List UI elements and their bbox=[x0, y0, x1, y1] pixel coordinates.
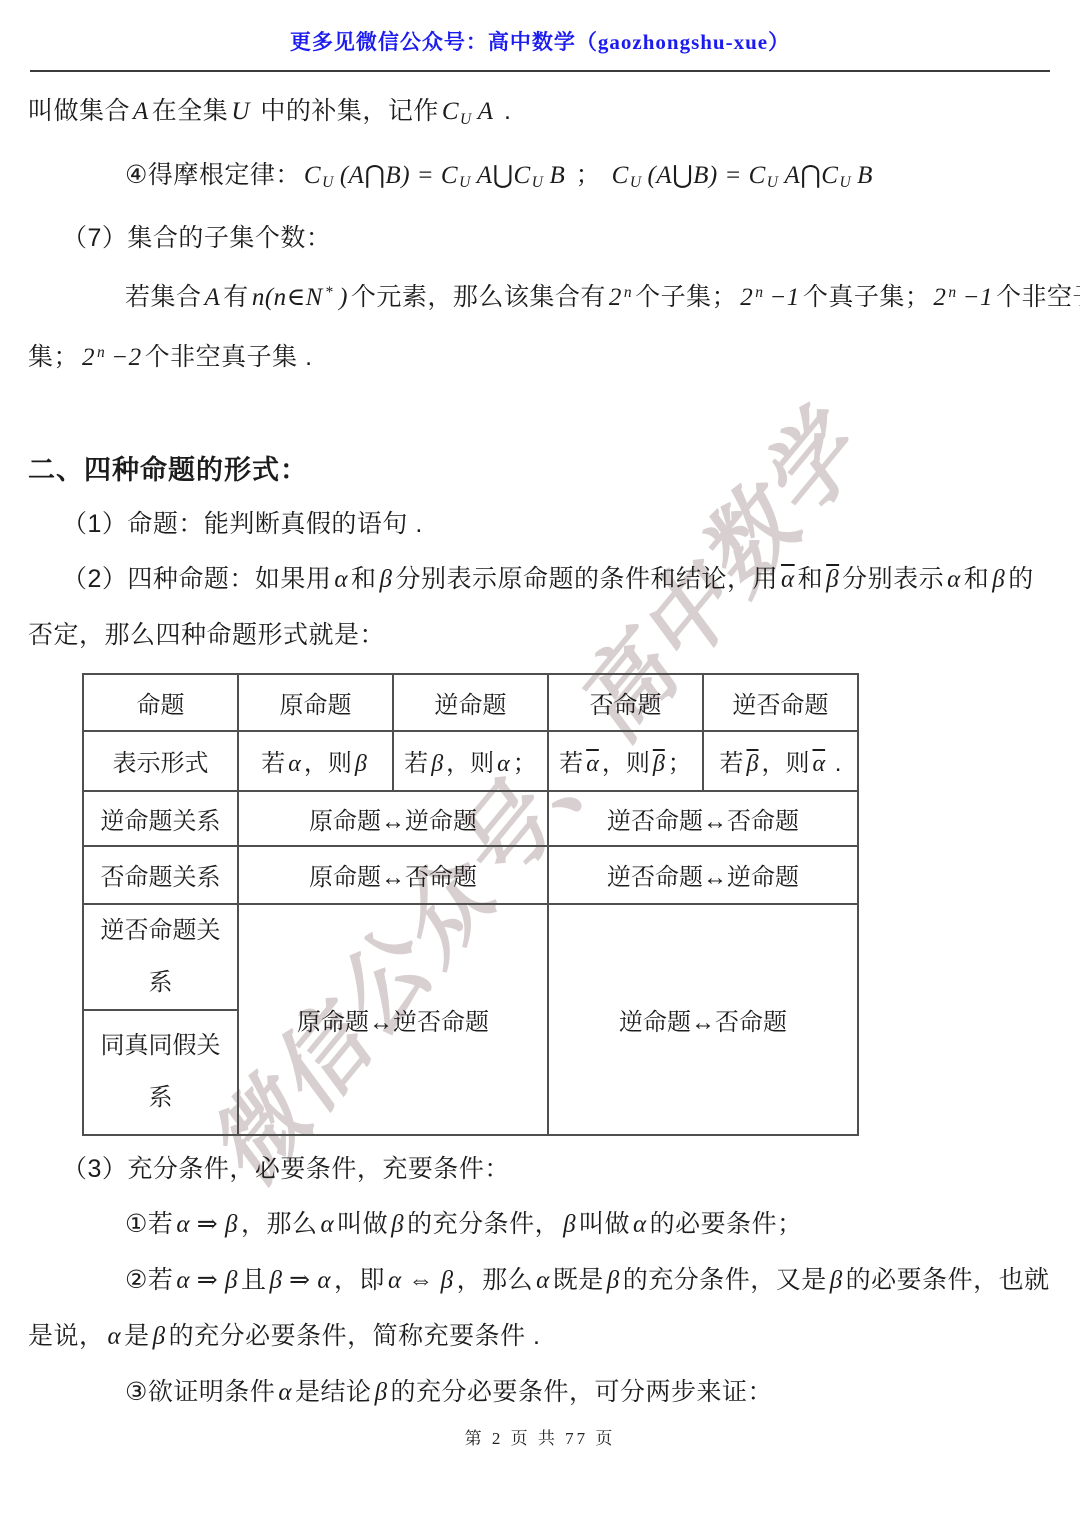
text-segment: ，则 bbox=[602, 750, 650, 777]
text-segment: α bbox=[320, 1211, 334, 1238]
text-segment: β bbox=[375, 1379, 388, 1406]
table-contrapositive-relation-row: 逆否命题关系 原命题↔逆否命题 逆命题↔否命题 bbox=[83, 904, 858, 1010]
text-segment: n bbox=[624, 284, 632, 301]
text-segment: ，那么 bbox=[457, 1266, 534, 1294]
text-segment: n bbox=[948, 284, 956, 301]
text-segment: 若 bbox=[720, 750, 744, 777]
text-segment: α ⇒ β bbox=[176, 1211, 238, 1238]
form-cell-negative: 若α，则β； bbox=[548, 731, 703, 791]
text-segment: α ⇔ β bbox=[388, 1267, 454, 1294]
text-segment: C bbox=[442, 98, 459, 125]
subset-count-heading: （7）集合的子集个数： bbox=[28, 221, 1052, 255]
text-segment: β bbox=[747, 751, 759, 777]
text-segment: 的充分条件， bbox=[407, 1210, 560, 1238]
negative-relation-left: 原命题↔否命题 bbox=[238, 846, 548, 904]
form-cell-contrapositive: 若β，则α . bbox=[703, 731, 858, 791]
text-segment: α bbox=[536, 1267, 550, 1294]
propositions-table: 命题 原命题 逆命题 否命题 逆否命题 表示形式 若α，则β 若β，则α； 若α… bbox=[82, 673, 859, 1136]
text-segment: A bbox=[205, 284, 221, 311]
text-segment: 2 bbox=[82, 344, 95, 371]
text-segment: U bbox=[630, 174, 642, 191]
text-segment: n bbox=[755, 284, 763, 301]
conditions-heading: （3）充分条件，必要条件，充要条件： bbox=[28, 1152, 1052, 1186]
page-number: 第 2 页 共 77 页 bbox=[0, 1424, 1080, 1449]
text-segment: 个非空子 bbox=[996, 283, 1080, 311]
text-segment: 个非空真子集 . bbox=[145, 343, 313, 371]
text-segment: 的充分必要条件，可分两步来证： bbox=[391, 1378, 774, 1406]
text-segment: β bbox=[355, 751, 367, 777]
text-segment: ； bbox=[568, 161, 608, 189]
text-segment: 是结论 bbox=[295, 1378, 372, 1406]
text-segment: 个子集； bbox=[635, 283, 737, 311]
sufficient-condition-line: ①若α ⇒ β，那么α叫做β的充分条件，β叫做α的必要条件； bbox=[28, 1207, 1052, 1242]
text-segment: A bbox=[478, 98, 494, 125]
header-cell-proposition: 命题 bbox=[83, 674, 238, 731]
text-segment: β ⇒ α bbox=[269, 1267, 331, 1294]
text-segment: α bbox=[586, 751, 599, 777]
text-segment: n(n∈N bbox=[252, 284, 323, 311]
negative-relation-right: 逆否命题↔逆命题 bbox=[548, 846, 858, 904]
text-segment: 若 bbox=[261, 750, 285, 777]
text-segment: 的充分必要条件，简称充要条件 . bbox=[169, 1322, 541, 1350]
de-morgan-law-line: ④得摩根定律：CU(A⋂B) = CUA⋃CUB ； CU(A⋃B) = CUA… bbox=[28, 158, 1052, 201]
converse-relation-label: 逆命题关系 bbox=[83, 791, 238, 846]
text-segment: β bbox=[653, 751, 665, 777]
text-segment: U bbox=[460, 111, 472, 128]
text-segment: n bbox=[97, 344, 105, 361]
text-segment: α ⇒ β bbox=[176, 1267, 238, 1294]
text-segment: * bbox=[325, 284, 333, 301]
four-propositions-line-1: （2）四种命题：如果用α和β分别表示原命题的条件和结论，用α和β分别表示α和β的 bbox=[28, 562, 1052, 597]
text-segment: ③欲证明条件 bbox=[125, 1378, 275, 1406]
header-divider bbox=[30, 70, 1050, 72]
text-segment: β bbox=[607, 1267, 620, 1294]
text-segment: α bbox=[813, 751, 826, 777]
text-segment: 且 bbox=[241, 1266, 267, 1294]
form-row-label: 表示形式 bbox=[83, 731, 238, 791]
text-segment: (A⋂B) = C bbox=[340, 162, 458, 189]
header-cell-converse: 逆命题 bbox=[393, 674, 548, 731]
text-segment: （2）四种命题：如果用 bbox=[62, 565, 331, 593]
page-header-text: 更多见微信公众号：高中数学（gaozhongshu-xue） bbox=[0, 0, 1080, 56]
text-segment: ①若 bbox=[125, 1210, 173, 1238]
text-segment: 若 bbox=[559, 750, 583, 777]
complement-definition-line: 叫做集合A在全集U 中的补集，记作CUA . bbox=[28, 94, 1052, 137]
text-segment: 和 bbox=[964, 565, 990, 593]
text-segment: β bbox=[563, 1211, 576, 1238]
proof-steps-line: ③欲证明条件α是结论β的充分必要条件，可分两步来证： bbox=[28, 1375, 1052, 1410]
text-segment: C bbox=[612, 162, 629, 189]
text-segment: 分别表示 bbox=[842, 565, 944, 593]
text-segment: 否定，那么四种命题形式就是： bbox=[28, 621, 385, 649]
text-segment: 2 bbox=[933, 284, 946, 311]
text-segment: 叫做 bbox=[579, 1210, 630, 1238]
text-segment: 有 bbox=[223, 283, 249, 311]
text-segment: β bbox=[992, 566, 1005, 593]
text-segment: 叫做集合 bbox=[28, 97, 130, 125]
text-segment: ，那么 bbox=[241, 1210, 318, 1238]
form-cell-original: 若α，则β bbox=[238, 731, 393, 791]
form-cell-converse: 若β，则α； bbox=[393, 731, 548, 791]
header-cell-original: 原命题 bbox=[238, 674, 393, 731]
text-segment: 叫做 bbox=[337, 1210, 388, 1238]
converse-relation-left: 原命题↔逆命题 bbox=[238, 791, 548, 846]
text-segment: β bbox=[826, 566, 839, 593]
text-segment: 的必要条件； bbox=[650, 1210, 803, 1238]
text-segment: 集； bbox=[28, 343, 79, 371]
text-segment: ④得摩根定律： bbox=[125, 161, 301, 189]
text-segment: −2 bbox=[111, 344, 141, 371]
text-segment: β bbox=[153, 1323, 166, 1350]
subset-count-line-1: 若集合A有n(n∈N*)个元素，那么该集合有2n个子集；2n−1个真子集；2n−… bbox=[28, 276, 1052, 315]
text-segment: 既是 bbox=[553, 1266, 604, 1294]
text-segment: 的必要条件，也就 bbox=[846, 1266, 1050, 1294]
header-cell-contrapositive: 逆否命题 bbox=[703, 674, 858, 731]
text-segment: U bbox=[839, 174, 851, 191]
text-segment: α bbox=[108, 1323, 122, 1350]
text-segment: ，即 bbox=[334, 1266, 385, 1294]
text-segment: A⋃C bbox=[477, 162, 531, 189]
text-segment: 和 bbox=[798, 565, 824, 593]
text-segment: 若 bbox=[404, 750, 428, 777]
text-segment: 的充分条件，又是 bbox=[623, 1266, 827, 1294]
text-segment: . bbox=[497, 97, 512, 125]
text-segment: B bbox=[549, 162, 565, 189]
text-segment: U bbox=[231, 98, 250, 125]
text-segment: 个元素，那么该集合有 bbox=[351, 283, 606, 311]
text-segment: A bbox=[133, 98, 149, 125]
iff-condition-line-2: 是说，α是β的充分必要条件，简称充要条件 . bbox=[28, 1319, 1052, 1354]
text-segment: ； bbox=[513, 750, 537, 777]
text-segment: 2 bbox=[609, 284, 622, 311]
text-segment: (A⋃B) = C bbox=[648, 162, 766, 189]
text-segment: U bbox=[459, 174, 471, 191]
contrapositive-relation-label: 逆否命题关系 bbox=[83, 904, 238, 1010]
subset-count-line-2: 集；2n−2个非空真子集 . bbox=[28, 336, 1052, 375]
text-segment: （3）充分条件，必要条件，充要条件： bbox=[62, 1155, 510, 1183]
text-segment: α bbox=[278, 1379, 292, 1406]
text-segment: β bbox=[380, 566, 393, 593]
text-segment: α bbox=[497, 751, 510, 777]
text-segment: 是说， bbox=[28, 1322, 105, 1350]
proposition-definition-line: （1）命题：能判断真假的语句 . bbox=[28, 507, 1052, 541]
document-page: 更多见微信公众号：高中数学（gaozhongshu-xue） 叫做集合A在全集U… bbox=[0, 0, 1080, 1410]
text-segment: β bbox=[391, 1211, 404, 1238]
truth-equivalence-label: 同真同假关系 bbox=[83, 1010, 238, 1135]
four-propositions-line-2: 否定，那么四种命题形式就是： bbox=[28, 618, 1052, 652]
text-segment: ) bbox=[339, 284, 348, 311]
text-segment: 2 bbox=[740, 284, 753, 311]
table-converse-relation-row: 逆命题关系 原命题↔逆命题 逆否命题↔否命题 bbox=[83, 791, 858, 846]
table-header-row: 命题 原命题 逆命题 否命题 逆否命题 bbox=[83, 674, 858, 731]
text-segment: ②若 bbox=[125, 1266, 173, 1294]
text-segment: ； bbox=[668, 750, 692, 777]
text-segment: α bbox=[334, 566, 348, 593]
text-segment: ，则 bbox=[446, 750, 494, 777]
text-segment: B bbox=[857, 162, 873, 189]
text-segment: 在全集 bbox=[152, 97, 229, 125]
text-segment: 的 bbox=[1008, 565, 1034, 593]
text-segment: α bbox=[781, 566, 795, 593]
text-segment: 分别表示原命题的条件和结论，用 bbox=[396, 565, 779, 593]
text-segment: β bbox=[431, 751, 443, 777]
text-segment: 若集合 bbox=[125, 283, 202, 311]
contrapositive-relation-left: 原命题↔逆否命题 bbox=[238, 904, 548, 1135]
text-segment: U bbox=[322, 174, 334, 191]
text-segment: （1）命题：能判断真假的语句 . bbox=[62, 510, 423, 538]
text-segment: U bbox=[767, 174, 779, 191]
table-negative-relation-row: 否命题关系 原命题↔否命题 逆否命题↔逆命题 bbox=[83, 846, 858, 904]
section-title: 二、四种命题的形式： bbox=[28, 451, 1052, 489]
negative-relation-label: 否命题关系 bbox=[83, 846, 238, 904]
contrapositive-relation-right: 逆命题↔否命题 bbox=[548, 904, 858, 1135]
text-segment: −1 bbox=[963, 284, 993, 311]
text-segment: ，则 bbox=[304, 750, 352, 777]
text-segment: 和 bbox=[351, 565, 377, 593]
text-segment: α bbox=[633, 1211, 647, 1238]
text-segment: 个真子集； bbox=[803, 283, 931, 311]
text-segment: α bbox=[947, 566, 961, 593]
text-segment: α bbox=[288, 751, 301, 777]
text-segment: β bbox=[830, 1267, 843, 1294]
text-segment: C bbox=[304, 162, 321, 189]
text-segment: 是 bbox=[124, 1322, 150, 1350]
text-segment: . bbox=[828, 750, 841, 777]
text-segment: −1 bbox=[769, 284, 799, 311]
text-segment: 中的补集，记作 bbox=[253, 97, 439, 125]
text-segment: U bbox=[532, 174, 544, 191]
iff-condition-line-1: ②若α ⇒ β且β ⇒ α，即α ⇔ β，那么α既是β的充分条件，又是β的必要条… bbox=[28, 1263, 1052, 1298]
converse-relation-right: 逆否命题↔否命题 bbox=[548, 791, 858, 846]
text-segment: ，则 bbox=[762, 750, 810, 777]
text-segment: （7）集合的子集个数： bbox=[62, 224, 331, 252]
header-cell-negative: 否命题 bbox=[548, 674, 703, 731]
table-form-row: 表示形式 若α，则β 若β，则α； 若α，则β； 若β，则α . bbox=[83, 731, 858, 791]
text-segment: A⋂C bbox=[784, 162, 838, 189]
